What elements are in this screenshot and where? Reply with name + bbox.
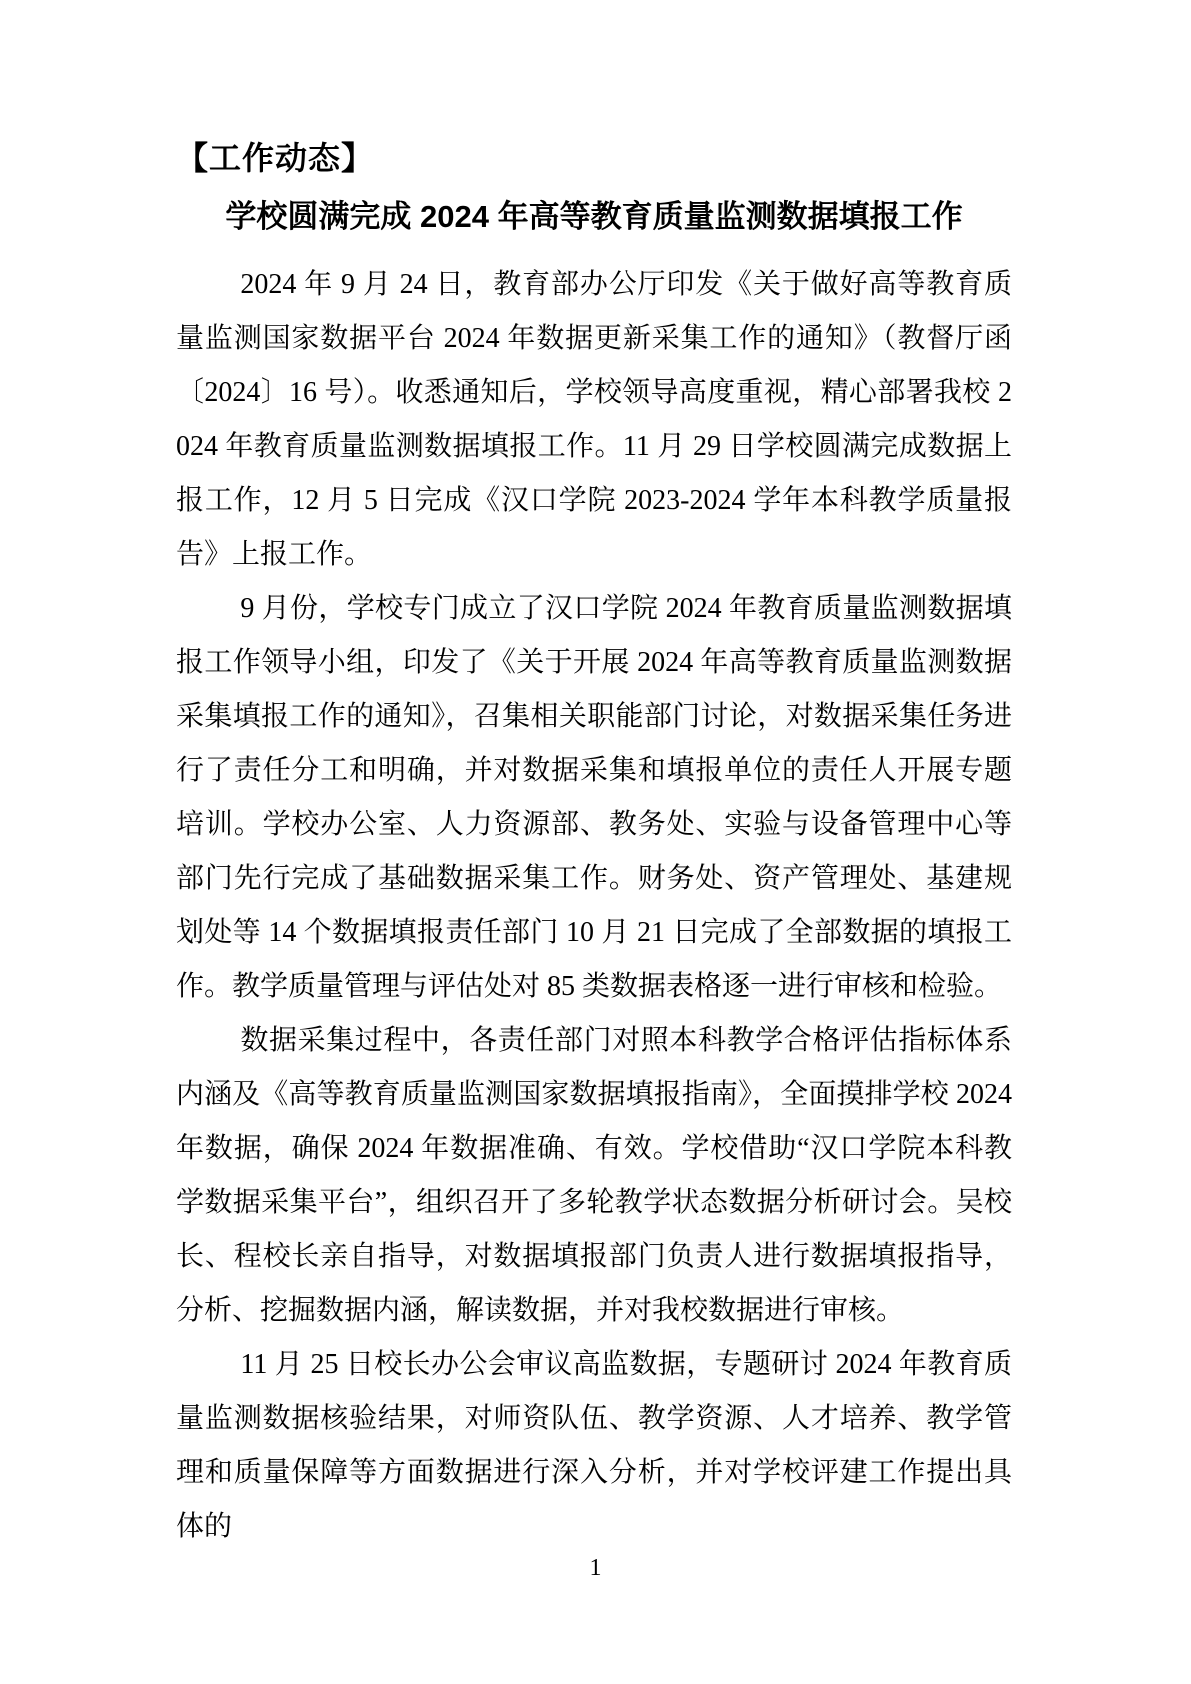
page-number: 1 bbox=[0, 1548, 1191, 1588]
article-body: 2024 年 9 月 24 日，教育部办公厅印发《关于做好高等教育质量监测国家数… bbox=[176, 258, 1012, 1554]
page-content: 【工作动态】 学校圆满完成 2024 年高等教育质量监测数据填报工作 2024 … bbox=[176, 0, 1012, 1554]
paragraph-2: 9 月份，学校专门成立了汉口学院 2024 年教育质量监测数据填报工作领导小组，… bbox=[176, 582, 1012, 1014]
paragraph-4: 11 月 25 日校长办公会审议高监数据，专题研讨 2024 年教育质量监测数据… bbox=[176, 1338, 1012, 1554]
article-title: 学校圆满完成 2024 年高等教育质量监测数据填报工作 bbox=[176, 193, 1012, 241]
section-header: 【工作动态】 bbox=[176, 135, 1012, 181]
document-page: 【工作动态】 学校圆满完成 2024 年高等教育质量监测数据填报工作 2024 … bbox=[0, 0, 1191, 1684]
paragraph-1: 2024 年 9 月 24 日，教育部办公厅印发《关于做好高等教育质量监测国家数… bbox=[176, 258, 1012, 582]
paragraph-3: 数据采集过程中，各责任部门对照本科教学合格评估指标体系内涵及《高等教育质量监测国… bbox=[176, 1014, 1012, 1338]
